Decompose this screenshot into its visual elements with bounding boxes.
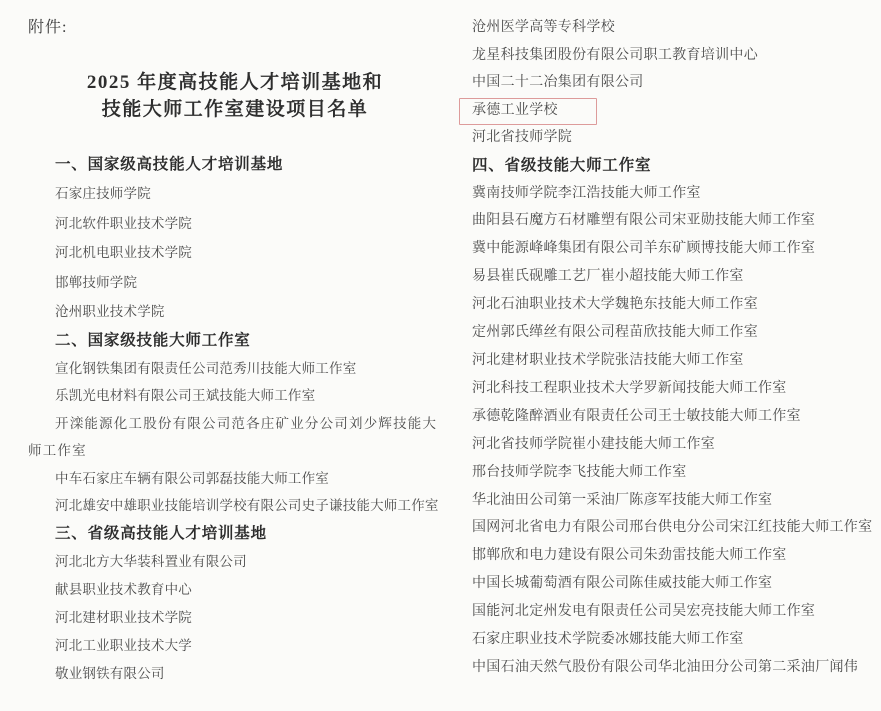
list-item: 河北建材职业技术学院张洁技能大师工作室 xyxy=(444,347,881,375)
list-item: 敬业钢铁有限公司 xyxy=(28,660,442,688)
list-item: 中车石家庄车辆有限公司郭磊技能大师工作室 xyxy=(28,465,442,493)
section-3-continuation-list: 沧州医学高等专科学校龙星科技集团股份有限公司职工教育培训中心中国二十二冶集团有限… xyxy=(444,14,881,152)
list-item: 河北北方大华装科置业有限公司 xyxy=(28,548,442,576)
section-2: 二、国家级技能大师工作室宣化钢铁集团有限责任公司范秀川技能大师工作室乐凯光电材料… xyxy=(28,327,442,520)
list-item: 中国长城葡萄酒有限公司陈佳威技能大师工作室 xyxy=(444,570,881,598)
list-item: 冀南技师学院李江浩技能大师工作室 xyxy=(444,180,881,208)
list-item: 国能河北定州发电有限责任公司吴宏亮技能大师工作室 xyxy=(444,598,881,626)
list-item: 国网河北省电力有限公司邢台供电分公司宋江红技能大师工作室 xyxy=(444,514,881,542)
left-column: 2025 年度高技能人才培训基地和 技能大师工作室建设项目名单 一、国家级高技能… xyxy=(28,0,442,688)
list-item: 石家庄职业技术学院委冰娜技能大师工作室 xyxy=(444,626,881,654)
list-item: 华北油田公司第一采油厂陈彦军技能大师工作室 xyxy=(444,487,881,515)
list-item: 承德乾隆醉酒业有限责任公司王士敏技能大师工作室 xyxy=(444,403,881,431)
list-item: 宣化钢铁集团有限责任公司范秀川技能大师工作室 xyxy=(28,355,442,383)
document-page: 附件: 2025 年度高技能人才培训基地和 技能大师工作室建设项目名单 一、国家… xyxy=(0,0,881,711)
list-item: 邯郸欣和电力建设有限公司朱劲雷技能大师工作室 xyxy=(444,542,881,570)
list-item: 河北机电职业技术学院 xyxy=(28,238,442,268)
section-4-list: 冀南技师学院李江浩技能大师工作室曲阳县石魔方石材雕塑有限公司宋亚勋技能大师工作室… xyxy=(444,180,881,682)
list-item: 易县崔氏砚雕工艺厂崔小超技能大师工作室 xyxy=(444,263,881,291)
section-4-heading: 四、省级技能大师工作室 xyxy=(444,152,881,180)
list-item: 沧州医学高等专科学校 xyxy=(444,14,881,42)
section-3: 三、省级高技能人才培训基地河北北方大华装科置业有限公司献县职业技术教育中心河北建… xyxy=(28,520,442,688)
list-item: 开滦能源化工股份有限公司范各庄矿业分公司刘少辉技能大师工作室 xyxy=(28,410,442,465)
title-line-2: 技能大师工作室建设项目名单 xyxy=(28,96,442,123)
list-item: 河北软件职业技术学院 xyxy=(28,209,442,239)
section-1: 一、国家级高技能人才培训基地石家庄技师学院河北软件职业技术学院河北机电职业技术学… xyxy=(28,151,442,327)
list-item: 河北科技工程职业技术大学罗新闻技能大师工作室 xyxy=(444,375,881,403)
list-item: 中国石油天然气股份有限公司华北油田分公司第二采油厂闻伟 xyxy=(444,654,881,682)
list-item: 沧州职业技术学院 xyxy=(28,297,442,327)
left-sections: 一、国家级高技能人才培训基地石家庄技师学院河北软件职业技术学院河北机电职业技术学… xyxy=(28,151,442,688)
list-item: 河北工业职业技术大学 xyxy=(28,632,442,660)
list-item: 河北省技师学院 xyxy=(444,124,881,152)
section-1-heading: 一、国家级高技能人才培训基地 xyxy=(28,151,442,179)
list-item: 河北建材职业技术学院 xyxy=(28,604,442,632)
title-line-1: 2025 年度高技能人才培训基地和 xyxy=(28,69,442,96)
list-item: 石家庄技师学院 xyxy=(28,179,442,209)
list-item: 邢台技师学院李飞技能大师工作室 xyxy=(444,459,881,487)
list-item: 龙星科技集团股份有限公司职工教育培训中心 xyxy=(444,42,881,70)
list-item: 河北石油职业技术大学魏艳东技能大师工作室 xyxy=(444,291,881,319)
list-item: 乐凯光电材料有限公司王斌技能大师工作室 xyxy=(28,382,442,410)
highlighted-item: 承德工业学校 xyxy=(444,97,881,125)
document-title: 2025 年度高技能人才培训基地和 技能大师工作室建设项目名单 xyxy=(28,69,442,123)
section-2-heading: 二、国家级技能大师工作室 xyxy=(28,327,442,355)
list-item: 献县职业技术教育中心 xyxy=(28,576,442,604)
right-column: 沧州医学高等专科学校龙星科技集团股份有限公司职工教育培训中心中国二十二冶集团有限… xyxy=(444,0,881,682)
list-item: 中国二十二冶集团有限公司 xyxy=(444,69,881,97)
section-3-heading: 三、省级高技能人才培训基地 xyxy=(28,520,442,548)
list-item: 冀中能源峰峰集团有限公司羊东矿顾博技能大师工作室 xyxy=(444,235,881,263)
list-item: 河北雄安中雄职业技能培训学校有限公司史子谦技能大师工作室 xyxy=(28,492,442,520)
list-item: 邯郸技师学院 xyxy=(28,268,442,298)
list-item: 定州郭氏缂丝有限公司程苗欣技能大师工作室 xyxy=(444,319,881,347)
list-item: 曲阳县石魔方石材雕塑有限公司宋亚勋技能大师工作室 xyxy=(444,207,881,235)
list-item: 河北省技师学院崔小建技能大师工作室 xyxy=(444,431,881,459)
